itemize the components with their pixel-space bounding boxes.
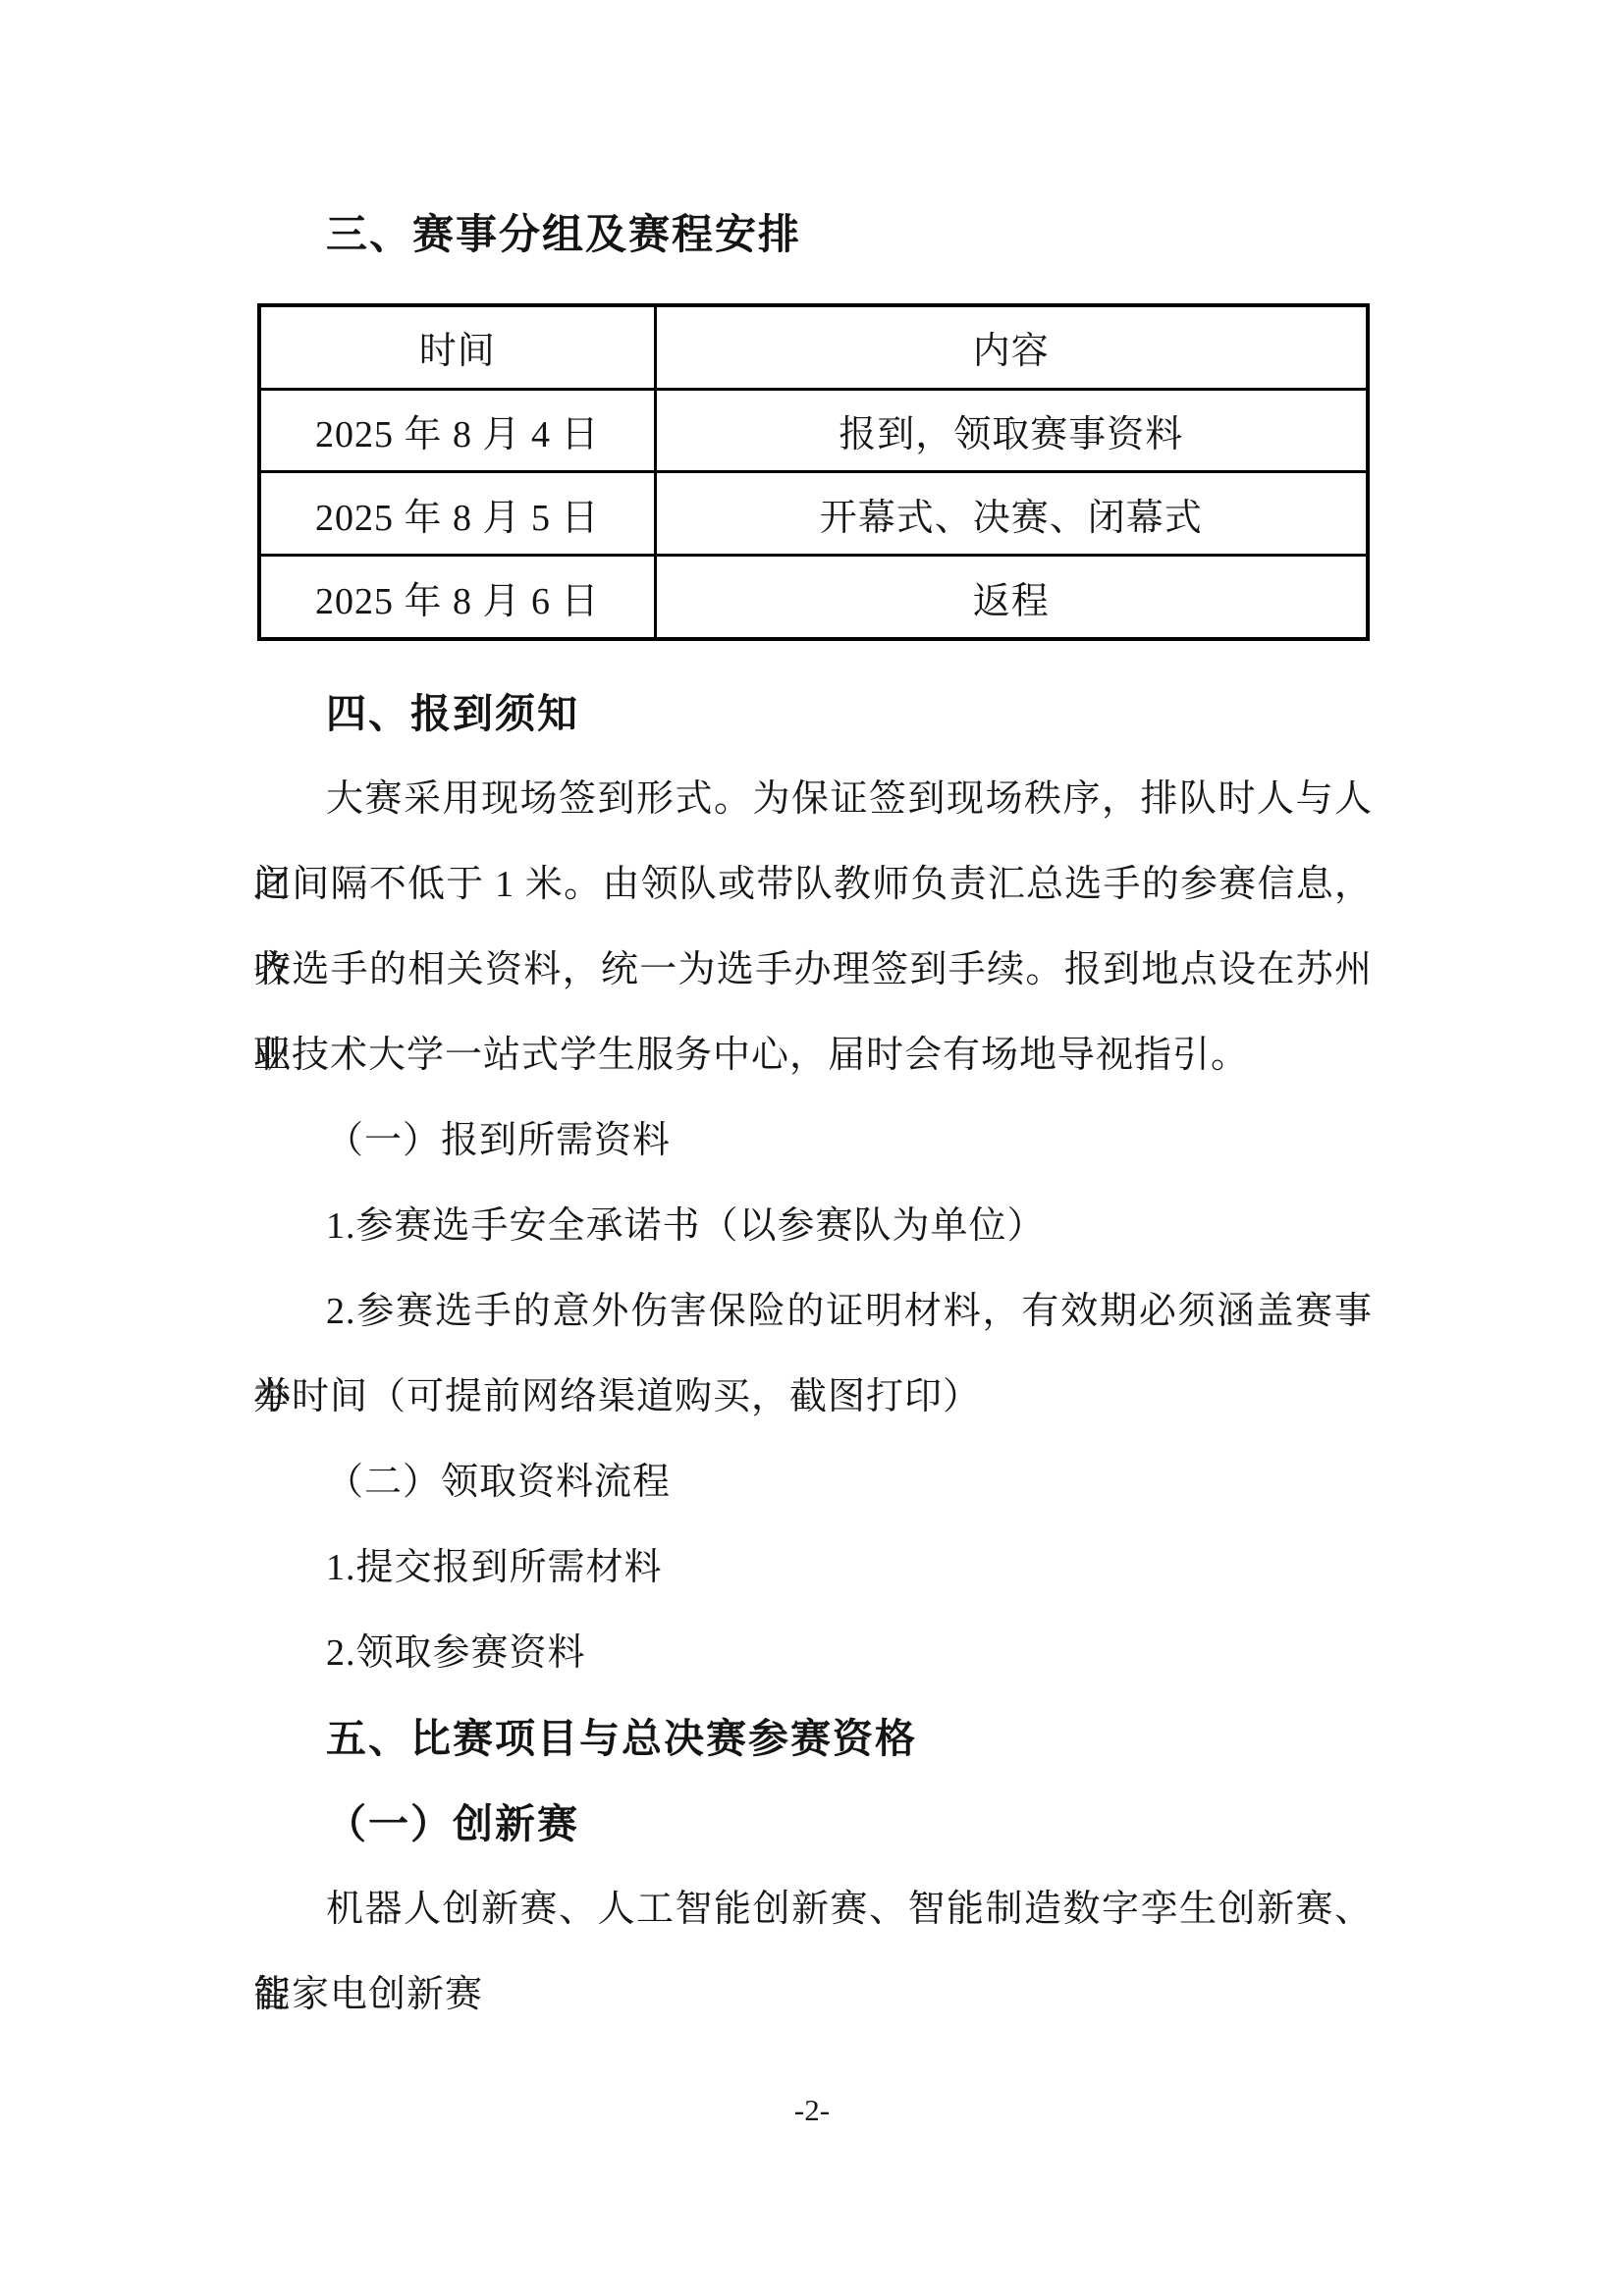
paragraph-line: 大赛采用现场签到形式。为保证签到现场秩序，排队时人与人之 (253, 757, 1373, 842)
table-row: 2025 年 8 月 6 日 返程 (259, 556, 1368, 639)
table-cell-activity: 返程 (655, 556, 1368, 639)
document-page: 三、赛事分组及赛程安排 时间 内容 2025 年 8 月 4 日 报到，领取赛事… (0, 0, 1624, 2296)
list-item: 1.提交报到所需材料 (253, 1525, 1373, 1611)
section4-heading: 四、报到须知 (253, 671, 1373, 757)
schedule-table: 时间 内容 2025 年 8 月 4 日 报到，领取赛事资料 2025 年 8 … (257, 303, 1370, 641)
table-header-content: 内容 (655, 305, 1368, 389)
list-item: 1.参赛选手安全承诺书（以参赛队为单位） (253, 1184, 1373, 1269)
table-row: 2025 年 8 月 4 日 报到，领取赛事资料 (259, 389, 1368, 472)
paragraph-line: 间间隔不低于 1 米。由领队或带队教师负责汇总选手的参赛信息，收 (253, 842, 1373, 928)
section3-heading: 三、赛事分组及赛程安排 (253, 210, 1373, 259)
paragraph-line: 能家电创新赛 (253, 1952, 1373, 2038)
table-cell-activity: 报到，领取赛事资料 (655, 389, 1368, 472)
paragraph-line: 机器人创新赛、人工智能创新赛、智能制造数字孪生创新赛、智 (253, 1867, 1373, 1952)
table-cell-date: 2025 年 8 月 5 日 (259, 472, 655, 556)
list-item: 2.领取参赛资料 (253, 1611, 1373, 1696)
table-cell-date: 2025 年 8 月 6 日 (259, 556, 655, 639)
table-cell-date: 2025 年 8 月 4 日 (259, 389, 655, 472)
body-text: 四、报到须知 大赛采用现场签到形式。为保证签到现场秩序，排队时人与人之 间间隔不… (253, 671, 1373, 2038)
page-number: -2- (0, 2091, 1624, 2130)
section5-sub1-heading: （一）创新赛 (253, 1782, 1373, 1867)
paragraph-line: 业技术大学一站式学生服务中心，届时会有场地导视指引。 (253, 1013, 1373, 1098)
subsection-2-title: （二）领取资料流程 (253, 1440, 1373, 1525)
table-cell-activity: 开幕式、决赛、闭幕式 (655, 472, 1368, 556)
table-header-row: 时间 内容 (259, 305, 1368, 389)
subsection-1-title: （一）报到所需资料 (253, 1098, 1373, 1184)
table-row: 2025 年 8 月 5 日 开幕式、决赛、闭幕式 (259, 472, 1368, 556)
paragraph-line: 办时间（可提前网络渠道购买，截图打印） (253, 1355, 1373, 1440)
section5-heading: 五、比赛项目与总决赛参赛资格 (253, 1696, 1373, 1782)
list-item: 2.参赛选手的意外伤害保险的证明材料，有效期必须涵盖赛事举 (253, 1269, 1373, 1355)
table-header-time: 时间 (259, 305, 655, 389)
paragraph-line: 齐选手的相关资料，统一为选手办理签到手续。报到地点设在苏州职 (253, 928, 1373, 1013)
